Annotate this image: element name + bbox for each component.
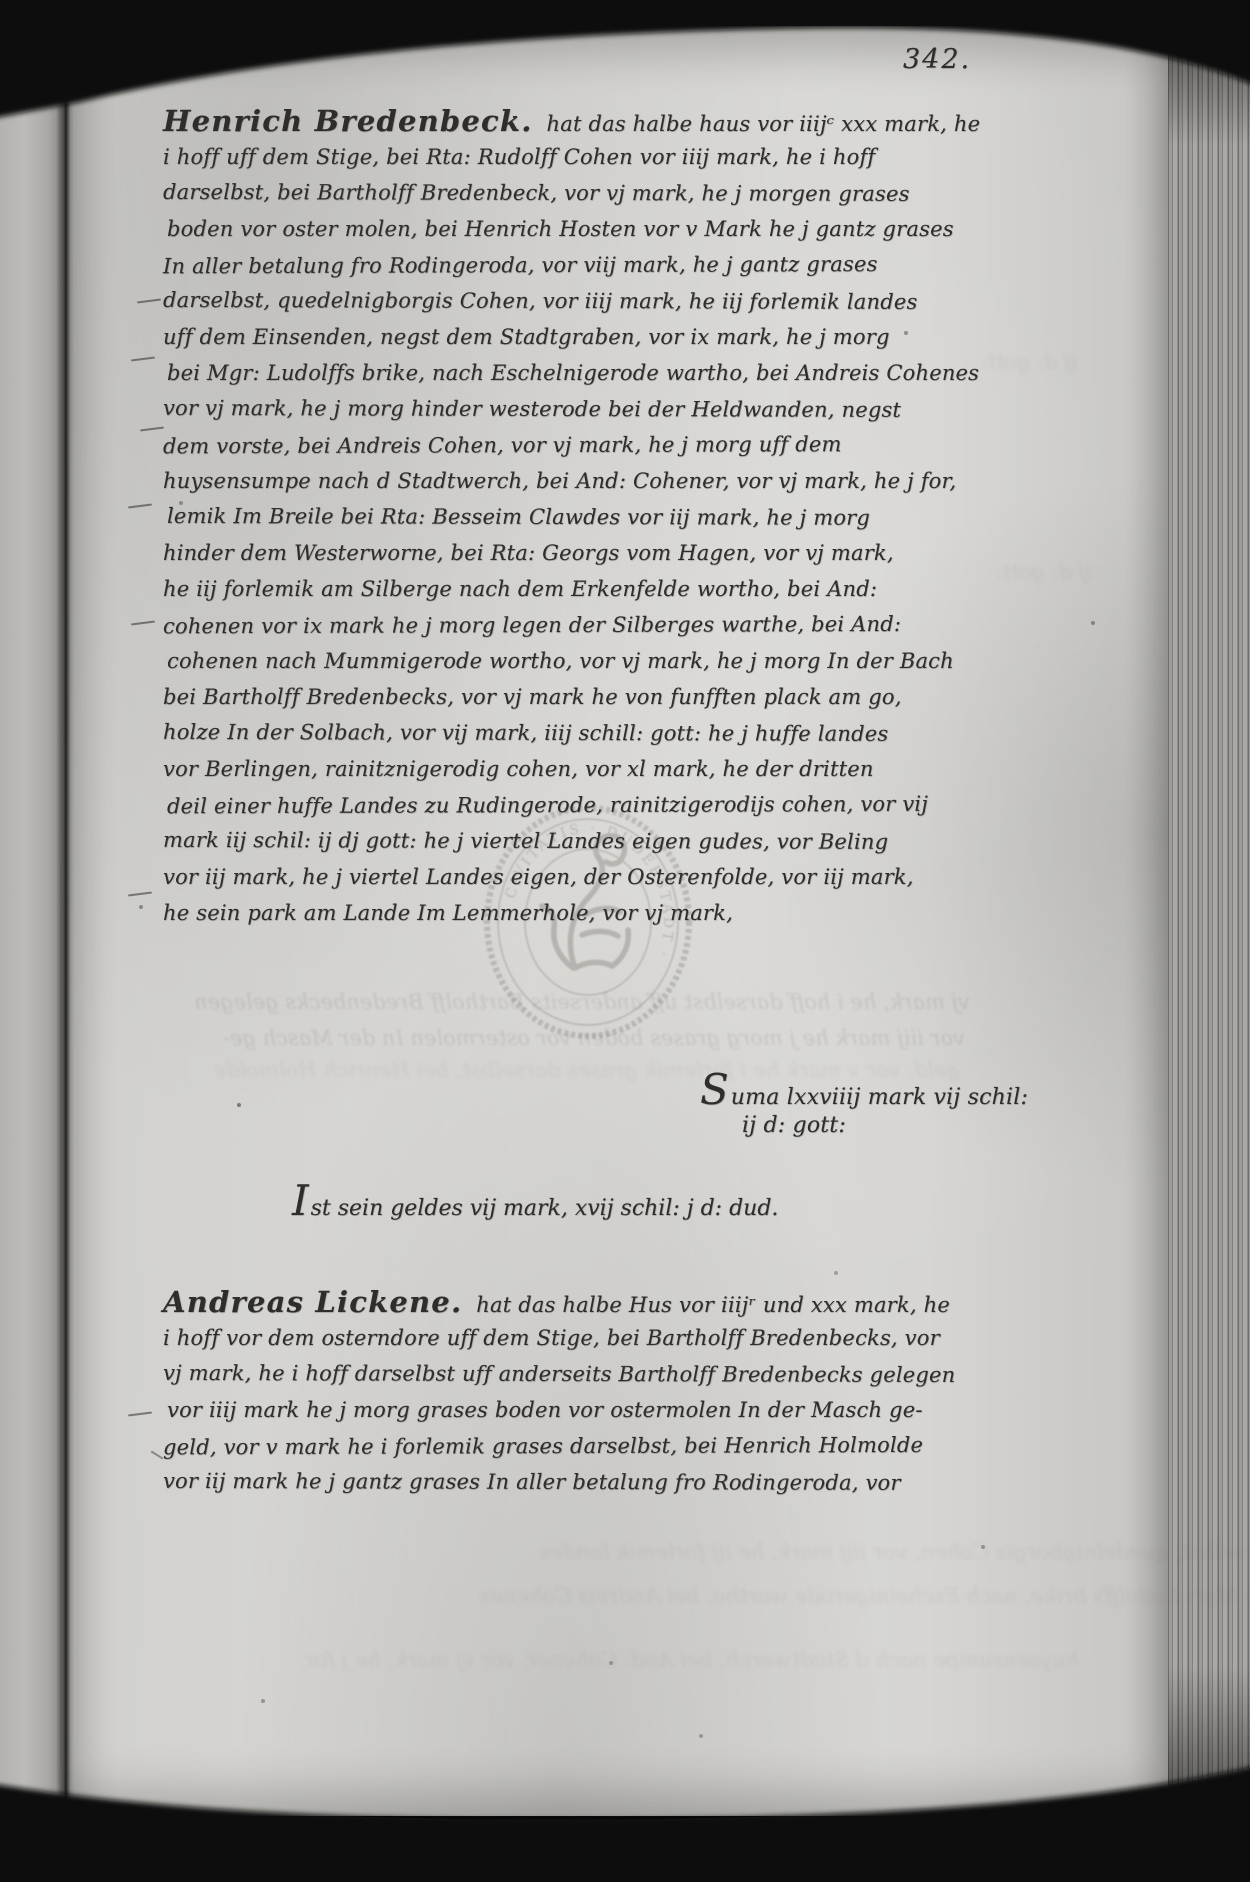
manuscript-line: vor Berlingen, rainitznigerodig cohen, v… — [163, 751, 983, 787]
bleed-through-line: darselbst, quedelnigborgis Cohen, vor ii… — [540, 1540, 1250, 1564]
manuscript-line: he sein park am Lande Im Lemmerhole, vor… — [163, 895, 983, 931]
entry-heading-line: Andreas Lickene.hat das halbe Hus vor ii… — [163, 1284, 993, 1320]
entry-heading: Henrich Bredenbeck. — [163, 104, 533, 138]
entry-heading-line: Henrich Bredenbeck.hat das halbe haus vo… — [163, 103, 983, 139]
bleed-through-line: bei Mgr: Ludolffs brike, nach Eschelnige… — [480, 1584, 1250, 1608]
manuscript-line: cohenen nach Mummigerode wortho, vor vj … — [167, 643, 983, 679]
bleed-through-line: vj mark, he i hoff darselbst uff anderse… — [170, 990, 970, 1014]
summary-line: ij d: gott: — [742, 1108, 1028, 1144]
total-line: Ist sein geldes vij mark, xvij schil: j … — [292, 1176, 778, 1225]
opposite-page-edge — [0, 60, 62, 1800]
manuscript-line: darselbst, bei Bartholff Bredenbeck, vor… — [163, 174, 983, 212]
manuscript-line: holze In der Solbach, vor vij mark, iiij… — [163, 714, 983, 752]
manuscript-line: hat das halbe haus vor iiijᶜ xxx mark, h… — [547, 112, 981, 136]
paper-specks — [0, 0, 2, 2]
page-number: 342. — [903, 44, 971, 75]
manuscript-line: bei Bartholff Bredenbecks, vor vj mark h… — [163, 679, 983, 715]
manuscript-line: i hoff uff dem Stige, bei Rta: Rudolff C… — [163, 139, 983, 175]
manuscript-line: boden vor oster molen, bei Henrich Hoste… — [167, 211, 983, 247]
manuscript-line: dem vorste, bei Andreis Cohen, vor vj ma… — [163, 426, 983, 465]
summary-block: Suma lxxviiij mark vij schil: ij d: gott… — [700, 1072, 1028, 1144]
manuscript-line: vor iij mark he j gantz grases In aller … — [163, 1463, 993, 1501]
manuscript-line: vor iij mark, he j viertel Landes eigen,… — [163, 859, 983, 895]
manuscript-line: i hoff vor dem osterndore uff dem Stige,… — [163, 1320, 993, 1356]
manuscript-line: vj mark, he i hoff darselbst uff anderse… — [163, 1355, 993, 1393]
manuscript-line: In aller betalung fro Rodingeroda, vor v… — [163, 246, 983, 285]
manuscript-line: deil einer huffe Landes zu Rudingerode, … — [167, 786, 983, 825]
entry-andreas-lickene: Andreas Lickene.hat das halbe Hus vor ii… — [163, 1284, 993, 1500]
book-gutter-shadow — [56, 70, 74, 1810]
manuscript-line: huysensumpe nach d Stadtwerch, bei And: … — [163, 463, 983, 499]
bleed-through-line: huysensumpe nach d Stadtwerch, bei And: … — [300, 1648, 1079, 1672]
summary-line: Suma lxxviiij mark vij schil: — [700, 1072, 1028, 1108]
manuscript-line: hat das halbe Hus vor iiijʳ und xxx mark… — [476, 1293, 950, 1317]
manuscript-line: vor iiij mark he j morg grases boden vor… — [167, 1392, 993, 1428]
manuscript-line: he iij forlemik am Silberge nach dem Erk… — [163, 571, 983, 607]
entry-henrich-bredenbeck: Henrich Bredenbeck.hat das halbe haus vo… — [163, 103, 983, 931]
bleed-through-line: vor iiij mark he j morg grases boden vor… — [185, 1026, 965, 1050]
manuscript-line: uff dem Einsenden, negst dem Stadtgraben… — [163, 319, 983, 355]
bleed-through-mark: ij d: gott: — [995, 560, 1092, 584]
manuscript-line: lemik Im Breile bei Rta: Besseim Clawdes… — [167, 498, 983, 536]
manuscript-line: cohenen vor ix mark he j morg legen der … — [163, 606, 983, 645]
manuscript-line: vor vj mark, he j morg hinder westerode … — [163, 390, 983, 428]
manuscript-line: mark iij schil: ij dj gott: he j viertel… — [163, 822, 983, 860]
manuscript-scan: · CIVITATIS · DUDERSTADT · vj mark, he i… — [0, 0, 1250, 1882]
manuscript-line: geld, vor v mark he i forlemik grases da… — [163, 1427, 993, 1466]
manuscript-line: hinder dem Westerworne, bei Rta: Georgs … — [163, 535, 983, 571]
bleed-through-mark: ij d: gott: — [980, 350, 1077, 374]
manuscript-line: darselbst, quedelnigborgis Cohen, vor ii… — [163, 282, 983, 320]
entry-heading: Andreas Lickene. — [163, 1285, 462, 1319]
manuscript-line: bei Mgr: Ludolffs brike, nach Eschelnige… — [167, 355, 983, 391]
